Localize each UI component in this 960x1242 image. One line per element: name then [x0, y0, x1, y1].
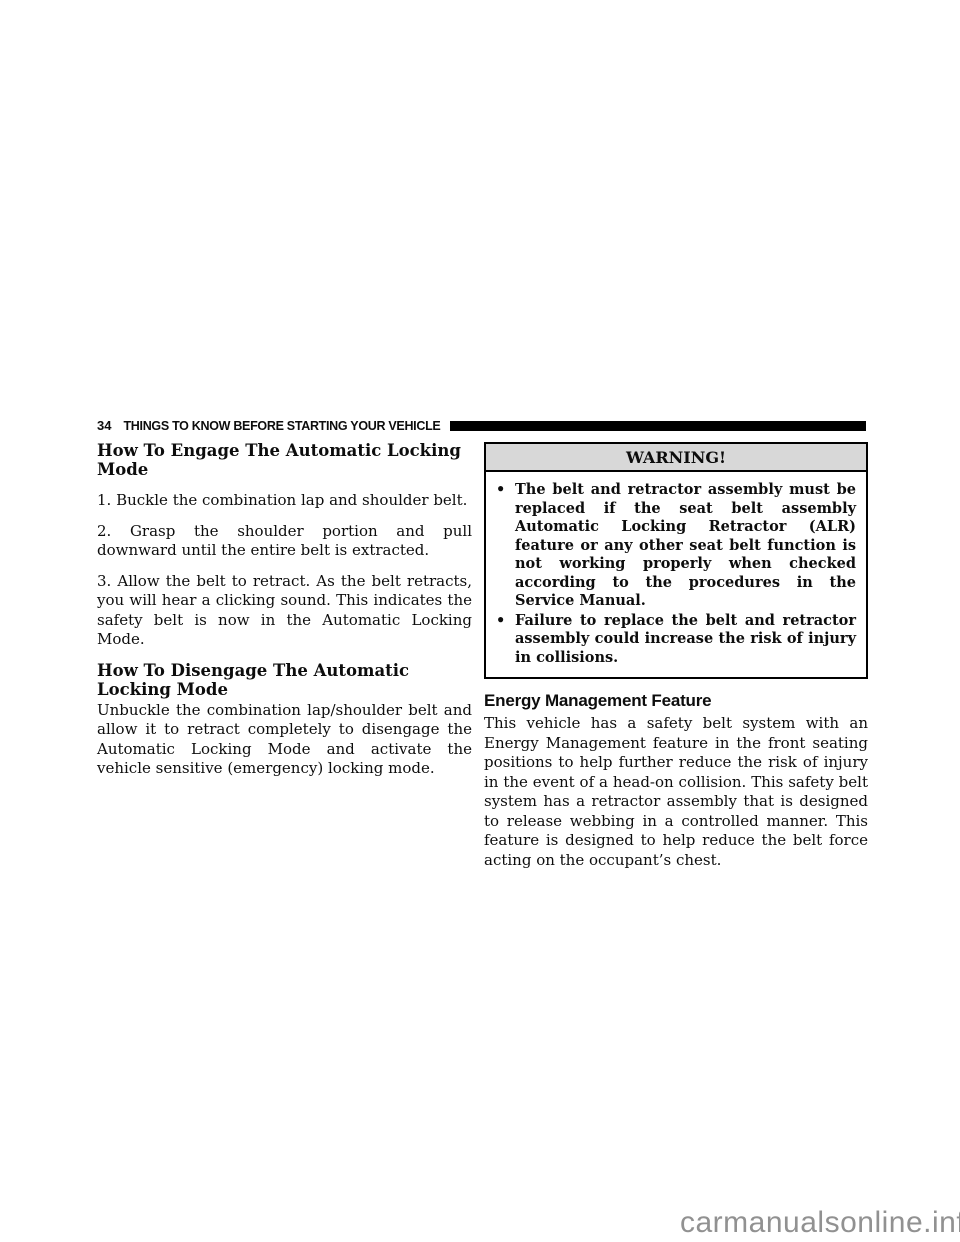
running-header: 34 THINGS TO KNOW BEFORE STARTING YOUR V… — [97, 418, 866, 433]
left-column: How To Engage The Automatic Locking Mode… — [97, 441, 472, 779]
warning-bullet-item: • Failure to replace the belt and retrac… — [493, 612, 856, 668]
chapter-title: THINGS TO KNOW BEFORE STARTING YOUR VEHI… — [123, 419, 440, 433]
energy-management-heading: Energy Management Feature — [484, 691, 868, 711]
warning-title: WARNING! — [626, 448, 726, 467]
warning-body: • The belt and retractor assembly must b… — [486, 472, 866, 677]
step-1: 1. Buckle the combination lap and should… — [97, 491, 472, 511]
bullet-icon: • — [493, 612, 515, 668]
engage-heading: How To Engage The Automatic Locking Mode — [97, 441, 472, 479]
disengage-heading: How To Disengage The Automatic Locking M… — [97, 661, 472, 699]
step-3: 3. Allow the belt to retract. As the bel… — [97, 572, 472, 650]
bullet-icon: • — [493, 481, 515, 611]
header-rule-bar — [450, 421, 866, 431]
warning-bullet-text-1: The belt and retractor assembly must be … — [515, 481, 856, 611]
energy-management-paragraph: This vehicle has a safety belt system wi… — [484, 714, 868, 870]
page-number: 34 — [97, 418, 111, 433]
step-2: 2. Grasp the shoulder portion and pull d… — [97, 522, 472, 561]
warning-box: WARNING! • The belt and retractor assemb… — [484, 442, 868, 679]
watermark-text: carmanualsonline.info — [680, 1206, 960, 1240]
warning-bullet-item: • The belt and retractor assembly must b… — [493, 481, 856, 611]
manual-page: 34 THINGS TO KNOW BEFORE STARTING YOUR V… — [0, 0, 960, 1242]
right-column: WARNING! • The belt and retractor assemb… — [484, 442, 868, 870]
warning-bullet-text-2: Failure to replace the belt and retracto… — [515, 612, 856, 668]
disengage-paragraph: Unbuckle the combination lap/shoulder be… — [97, 701, 472, 779]
warning-header: WARNING! — [486, 444, 866, 472]
